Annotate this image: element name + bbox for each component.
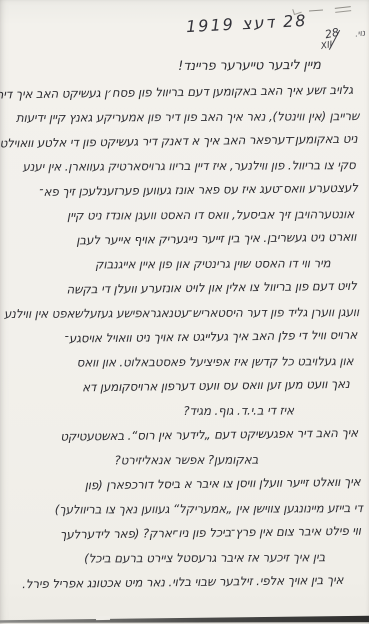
- handwritten-line: איך בין אויך אלפי. זילבער שבוי בלוי. נאר…: [2, 568, 369, 597]
- handwritten-line: גלויב זשע איך האב באקומען דעם בריוול פון…: [0, 78, 367, 107]
- handwritten-line: נאך וועט מען זען וואס עס וועט דערפון ארו…: [0, 372, 369, 401]
- handwritten-line: לויט דעם פון בריוול צו אלין און לויט אונ…: [0, 274, 369, 303]
- handwritten-line: אונטערהויבן זיך אביסעל, וואס דו האסט ווע…: [0, 202, 368, 228]
- handwritten-line: און געלויבט כל קדשן איז אפיציעל פאסטבאלו…: [0, 349, 369, 375]
- scan-edge-band-gap: [96, 616, 110, 620]
- handwritten-line: איך וואלט זייער וועלן וויסן צו איבר א בי…: [1, 470, 369, 499]
- handwritten-line: סקי צו בריוול. פון ווילנער, איז דיין ברי…: [0, 153, 368, 179]
- letter-body: מיין ליבער טייערער פריינד! גלויב זשע איך…: [0, 52, 369, 596]
- handwritten-line: שרייבן (אין ווינטל), נאר איך האב פון דיר…: [0, 104, 367, 130]
- handwritten-date: 28 דעצ 1919: [185, 11, 307, 36]
- handwritten-line: די בייזע מיינונגען צווישן אין „אמעריקל“ …: [2, 496, 369, 522]
- scan-edge-band: [0, 614, 369, 624]
- handwritten-line: וועגן ווערן גליד פון דער היסטאריש־עטנאגר…: [0, 300, 369, 326]
- handwritten-line: ניט באקומען־דערפאר האב איך א דאנק דיר גע…: [0, 127, 368, 156]
- handwritten-line: איך האב דיר אפגעשיקט דעם „לידער אין רוס“…: [1, 421, 369, 450]
- handwritten-line: איז די ב.י.ד. גוף. מגיד?: [1, 398, 369, 424]
- handwritten-line: באקומען? אפשר אנאליזירט?: [1, 447, 369, 473]
- handwritten-lines: גלויב זשע איך האב באקומען דעם בריוול פון…: [0, 78, 369, 596]
- margin-tiny-note: נוי.: [354, 28, 366, 39]
- handwritten-line: בין איך זיכער אז איבר גרעסטל ציירט ברעם …: [2, 545, 369, 571]
- pencil-dash-icon: [309, 10, 323, 12]
- handwritten-line: ווי פילט איבר צום אין פרץ־ביכל פון ניו־י…: [2, 519, 369, 548]
- handwritten-line: מיר ווי דו האסט שוין גרינטיק און פון איי…: [0, 251, 369, 277]
- handwritten-line: לעצטערע וואס־טעג איז עס פאר אונז געווען …: [0, 176, 368, 205]
- letter-scan-page: 28 דעצ 1919 28 XII נוי. מיין ליבער טייער…: [0, 0, 369, 624]
- handwritten-line: ארויס וויל די פלן האב איך געלייגט אז אוי…: [0, 323, 369, 352]
- pencil-double-dash-icon: [335, 6, 351, 13]
- handwritten-line: ווארט ניט געשריבן. איך בין זייער נייגערי…: [0, 225, 368, 254]
- greeting-line: מיין ליבער טייערער פריינד!: [0, 52, 367, 81]
- margin-month-roman: XII: [320, 40, 333, 52]
